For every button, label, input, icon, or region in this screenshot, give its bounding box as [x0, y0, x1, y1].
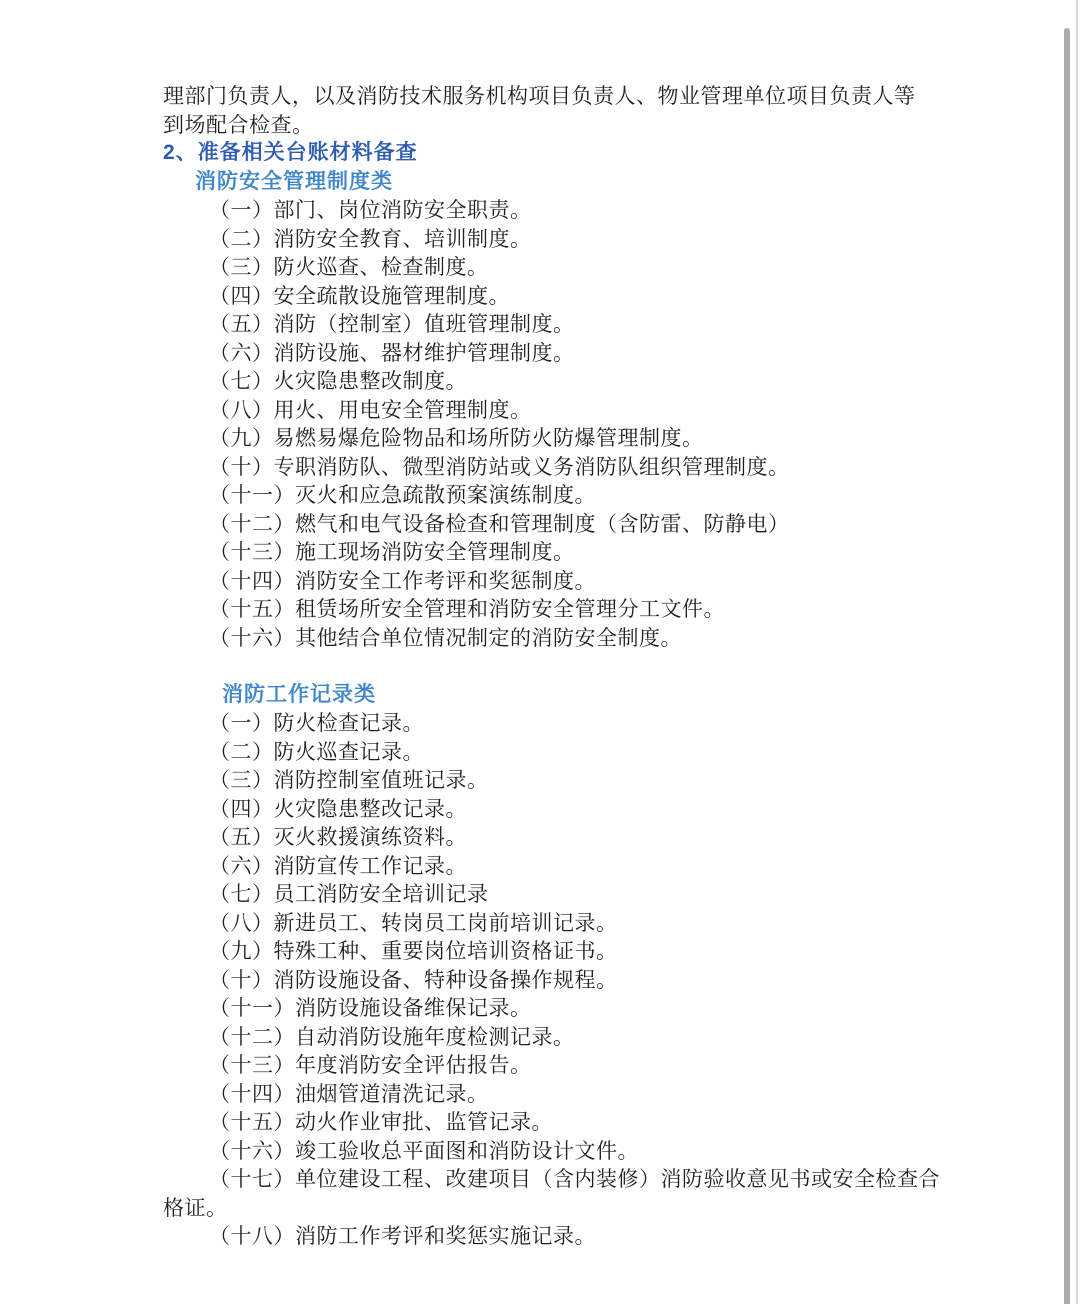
list-item: （七）火灾隐患整改制度。 — [163, 367, 949, 396]
list-item: （五）消防（控制室）值班管理制度。 — [163, 310, 949, 339]
list-item: （一）部门、岗位消防安全职责。 — [163, 196, 949, 225]
list-item: （十三）年度消防安全评估报告。 — [163, 1051, 949, 1080]
list-item: （七）员工消防安全培训记录 — [163, 880, 949, 909]
list-item: （三）消防控制室值班记录。 — [163, 766, 949, 795]
list-item: （十六）竣工验收总平面图和消防设计文件。 — [163, 1137, 949, 1166]
list-item: （十四）消防安全工作考评和奖惩制度。 — [163, 567, 949, 596]
numbered-heading: 2、准备相关台账材料备查 — [163, 139, 949, 168]
list-item: （八）用火、用电安全管理制度。 — [163, 396, 949, 425]
list-item: （六）消防设施、器材维护管理制度。 — [163, 339, 949, 368]
intro-paragraph-line: 到场配合检查。 — [163, 111, 949, 140]
list-item: （十二）燃气和电气设备检查和管理制度（含防雷、防静电） — [163, 510, 949, 539]
document-page: { "document": { "intro_lines": [ "理部门负责人… — [0, 0, 1080, 1304]
scrollbar-track[interactable] — [1076, 0, 1078, 1304]
list-item: （八）新进员工、转岗员工岗前培训记录。 — [163, 909, 949, 938]
list-item: （四）火灾隐患整改记录。 — [163, 795, 949, 824]
list-item: （十一）消防设施设备维保记录。 — [163, 994, 949, 1023]
list-item: （十八）消防工作考评和奖惩实施记录。 — [163, 1222, 949, 1251]
list-item: （十）专职消防队、微型消防站或义务消防队组织管理制度。 — [163, 453, 949, 482]
scrollbar-thumb[interactable] — [1064, 28, 1070, 1304]
list-item: （四）安全疏散设施管理制度。 — [163, 282, 949, 311]
list-item: （十五）动火作业审批、监管记录。 — [163, 1108, 949, 1137]
list-item: （五）灭火救援演练资料。 — [163, 823, 949, 852]
list-item: （二）防火巡查记录。 — [163, 738, 949, 767]
list-item: （九）特殊工种、重要岗位培训资格证书。 — [163, 937, 949, 966]
sections-container: 消防安全管理制度类（一）部门、岗位消防安全职责。（二）消防安全教育、培训制度。（… — [163, 168, 949, 1251]
section-heading: 消防工作记录类 — [222, 681, 949, 710]
list-item: （十二）自动消防设施年度检测记录。 — [163, 1023, 949, 1052]
list-item: （十）消防设施设备、特种设备操作规程。 — [163, 966, 949, 995]
intro-paragraph-line: 理部门负责人，以及消防技术服务机构项目负责人、物业管理单位项目负责人等 — [163, 82, 949, 111]
list-item: （十一）灭火和应急疏散预案演练制度。 — [163, 481, 949, 510]
document-content: 理部门负责人，以及消防技术服务机构项目负责人、物业管理单位项目负责人等 到场配合… — [163, 82, 949, 1251]
list-item: （三）防火巡查、检查制度。 — [163, 253, 949, 282]
list-item: （二）消防安全教育、培训制度。 — [163, 225, 949, 254]
list-item: （六）消防宣传工作记录。 — [163, 852, 949, 881]
list-item: （十四）油烟管道清洗记录。 — [163, 1080, 949, 1109]
list-item: （十三）施工现场消防安全管理制度。 — [163, 538, 949, 567]
list-item: （十七）单位建设工程、改建项目（含内装修）消防验收意见书或安全检查合格证。 — [163, 1165, 949, 1222]
list-item: （九）易燃易爆危险物品和场所防火防爆管理制度。 — [163, 424, 949, 453]
list-item: （一）防火检查记录。 — [163, 709, 949, 738]
section-heading: 消防安全管理制度类 — [195, 168, 949, 197]
list-item: （十五）租赁场所安全管理和消防安全管理分工文件。 — [163, 595, 949, 624]
list-item: （十六）其他结合单位情况制定的消防安全制度。 — [163, 624, 949, 653]
